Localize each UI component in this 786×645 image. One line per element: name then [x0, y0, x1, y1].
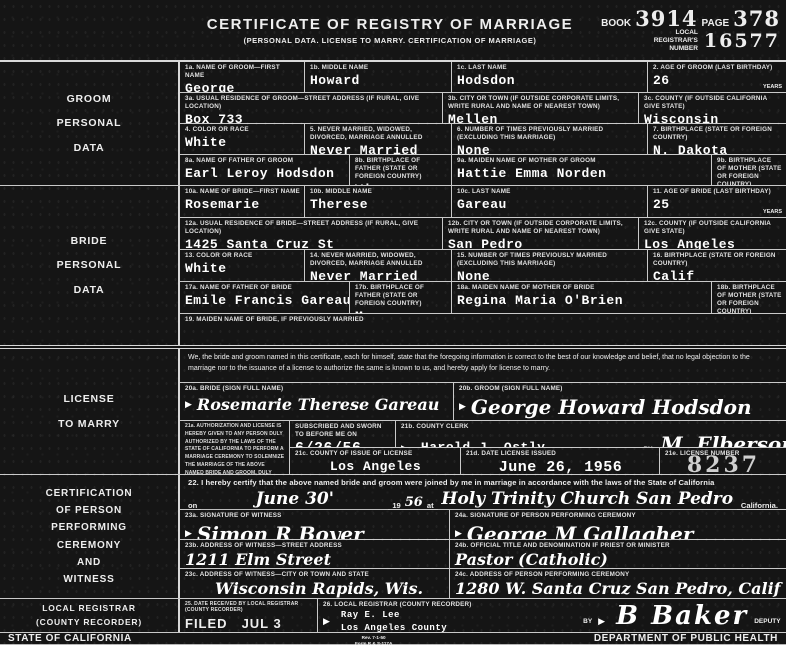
by-label: BY: [643, 446, 652, 447]
field-value: Regina Maria O'Brien: [457, 293, 707, 308]
official-title-cell: 24b. OFFICIAL TITLE AND DENOMINATION IF …: [450, 540, 786, 569]
field-label: 24b. OFFICIAL TITLE AND DENOMINATION IF …: [455, 542, 782, 550]
by-label: BY: [583, 618, 592, 625]
table-row: 17a. NAME OF FATHER OF BRIDE Emile Franc…: [180, 282, 786, 314]
pointer-arrow-icon: ▶: [185, 399, 192, 410]
field-value: June 26, 1956: [466, 459, 655, 474]
field-value: None: [457, 269, 643, 281]
bride-father-birthplace-cell: 17b. BIRTHPLACE OF FATHER (STATE OR FORE…: [350, 282, 452, 313]
field-value: San Pedro: [448, 237, 634, 249]
bride-signature-cell: 20a. BRIDE (SIGN FULL NAME) ▶ Rosemarie …: [180, 383, 454, 420]
pointer-arrow-icon: ▶: [598, 616, 605, 627]
california-label: California.: [741, 501, 778, 510]
field-label: 21c. COUNTY OF ISSUE OF LICENSE: [295, 450, 456, 458]
pointer-arrow-icon: ▶: [401, 443, 408, 447]
groom-middle-name-cell: 1b. MIDDLE NAME Howard: [305, 62, 452, 92]
field-label: 10c. LAST NAME: [457, 188, 643, 196]
groom-first-name-cell: 1a. NAME OF GROOM—FIRST NAME George: [180, 62, 305, 92]
county-clerk-cell: 21b. COUNTY CLERK ▶ Harold J. Ostly BY M…: [396, 421, 786, 447]
field-value: None: [457, 143, 643, 154]
groom-mother-cell: 9a. MAIDEN NAME OF MOTHER OF GROOM Hatti…: [452, 155, 712, 185]
field-label: 12a. USUAL RESIDENCE OF BRIDE—STREET ADD…: [185, 220, 438, 236]
license-statement: We, the bride and groom named in this ce…: [180, 349, 786, 382]
field-label: 1b. MIDDLE NAME: [310, 64, 447, 72]
field-label: 17b. BIRTHPLACE OF FATHER (STATE OR FORE…: [355, 284, 447, 308]
field-label: 12b. CITY OR TOWN (IF OUTSIDE CORPORATE …: [448, 220, 634, 236]
at-label: at: [427, 501, 434, 510]
witness-signature-cell: 23a. SIGNATURE OF WITNESS ▶ Simon R Boye…: [180, 510, 450, 539]
bride-signature: Rosemarie Therese Gareau: [197, 395, 439, 414]
field-label: 3c. COUNTY (IF OUTSIDE CALIFORNIA GIVE S…: [644, 95, 782, 111]
table-row: 25. DATE RECEIVED BY LOCAL REGISTRAR (CO…: [180, 599, 786, 632]
field-label: 15. NUMBER OF TIMES PREVIOUSLY MARRIED (…: [457, 252, 643, 268]
witness-address: 1211 Elm Street: [185, 550, 445, 569]
footer-form-revision: Rev. 7-1-50 Form R & S-117A: [355, 635, 392, 645]
ceremony-address-cell: 24c. ADDRESS OF PERSON PERFORMING CEREMO…: [450, 569, 786, 598]
marriage-date-line: June 30': [201, 489, 388, 510]
table-row: 13. COLOR OR RACE White 14. NEVER MARRIE…: [180, 250, 786, 282]
field-label: 24c. ADDRESS OF PERSON PERFORMING CEREMO…: [455, 571, 782, 579]
groom-city-cell: 3b. CITY OR TOWN (IF OUTSIDE CORPORATE L…: [443, 93, 639, 123]
witness-city-cell: 23c. ADDRESS OF WITNESS—CITY OR TOWN AND…: [180, 569, 450, 598]
registrar-county: Los Angeles County: [341, 623, 447, 632]
groom-marital-cell: 5. NEVER MARRIED, WIDOWED, DIVORCED, MAR…: [305, 124, 452, 154]
witness-signature: Simon R Boyer: [197, 522, 364, 539]
groom-signature: George Howard Hodsdon: [471, 395, 752, 419]
groom-signature-cell: 20b. GROOM (SIGN FULL NAME) ▶ George How…: [454, 383, 786, 420]
registrar-deputy-signature: B Baker: [616, 601, 748, 631]
table-row: 4. COLOR OR RACE White 5. NEVER MARRIED,…: [180, 124, 786, 155]
field-label: 16. BIRTHPLACE (STATE OR FOREIGN COUNTRY…: [653, 252, 782, 268]
bride-first-name-cell: 10a. NAME OF BRIDE—FIRST NAME Rosemarie: [180, 186, 305, 217]
license-statement-row: We, the bride and groom named in this ce…: [180, 349, 786, 383]
date-issued-cell: 21d. DATE LICENSE ISSUED June 26, 1956: [461, 448, 660, 474]
bride-section: BRIDE PERSONAL DATA 10a. NAME OF BRIDE—F…: [0, 186, 786, 349]
official-title: Pastor (Catholic): [455, 550, 782, 569]
license-details-row: 21a. AUTHORIZATION AND LICENSE IS HEREBY…: [180, 421, 786, 474]
date-received-cell: 25. DATE RECEIVED BY LOCAL REGISTRAR (CO…: [180, 599, 318, 632]
groom-birthplace-cell: 7. BIRTHPLACE (STATE OR FOREIGN COUNTRY)…: [648, 124, 786, 154]
deputy-label: DEPUTY: [754, 618, 780, 625]
book-label: BOOK: [601, 18, 631, 29]
field-value: Wisc: [355, 182, 447, 185]
field-value: Rosemarie: [185, 197, 300, 212]
table-row: 19. MAIDEN NAME OF BRIDE, IF PREVIOUSLY …: [180, 314, 786, 345]
field-label: 18a. MAIDEN NAME OF MOTHER OF BRIDE: [457, 284, 707, 292]
groom-father-birthplace-cell: 8b. BIRTHPLACE OF FATHER (STATE OR FOREI…: [350, 155, 452, 185]
field-value: Los Angeles: [644, 237, 782, 249]
field-value: Earl Leroy Hodsdon: [185, 166, 345, 181]
bride-residence-cell: 12a. USUAL RESIDENCE OF BRIDE—STREET ADD…: [180, 218, 443, 249]
field-label: 5. NEVER MARRIED, WIDOWED, DIVORCED, MAR…: [310, 126, 447, 142]
field-value: Hattie Emma Norden: [457, 166, 707, 181]
field-unit: YEARS: [763, 209, 782, 215]
table-row: 23a. SIGNATURE OF WITNESS ▶ Simon R Boye…: [180, 510, 786, 540]
groom-times-married-cell: 6. NUMBER OF TIMES PREVIOUSLY MARRIED (E…: [452, 124, 648, 154]
field-unit: YEARS: [763, 84, 782, 90]
field-label: 13. COLOR OR RACE: [185, 252, 300, 260]
table-row: 23c. ADDRESS OF WITNESS—CITY OR TOWN AND…: [180, 569, 786, 598]
groom-section: GROOM PERSONAL DATA 1a. NAME OF GROOM—FI…: [0, 62, 786, 186]
signature-row: 20a. BRIDE (SIGN FULL NAME) ▶ Rosemarie …: [180, 383, 786, 421]
ceremony-address: 1280 W. Santa Cruz San Pedro, Calif: [455, 579, 782, 598]
sidebar-registrar-label: LOCAL REGISTRAR (COUNTY RECORDER): [0, 599, 178, 632]
bride-marital-cell: 14. NEVER MARRIED, WIDOWED, DIVORCED, MA…: [305, 250, 452, 281]
witness-city: Wisconsin Rapids, Wis.: [215, 579, 445, 598]
on-label: on: [188, 501, 197, 510]
field-label: 18b. BIRTHPLACE OF MOTHER (STATE OR FORE…: [717, 284, 782, 313]
field-label: 2. AGE OF GROOM (LAST BIRTHDAY): [653, 64, 782, 72]
page-number: 378: [733, 6, 780, 31]
filed-stamp: FILED: [185, 616, 228, 631]
pointer-arrow-icon: ▶: [459, 401, 466, 412]
table-row: 10a. NAME OF BRIDE—FIRST NAME Rosemarie …: [180, 186, 786, 218]
field-label: 3a. USUAL RESIDENCE OF GROOM—STREET ADDR…: [185, 95, 438, 111]
year-printed: 19: [392, 501, 400, 510]
bride-mother-cell: 18a. MAIDEN NAME OF MOTHER OF BRIDE Regi…: [452, 282, 712, 313]
field-label: 24a. SIGNATURE OF PERSON PERFORMING CERE…: [455, 512, 782, 520]
field-label: 8b. BIRTHPLACE OF FATHER (STATE OR FOREI…: [355, 157, 447, 181]
table-row: 1a. NAME OF GROOM—FIRST NAME George 1b. …: [180, 62, 786, 93]
year-written: 56: [405, 495, 423, 510]
bride-middle-name-cell: 10b. MIDDLE NAME Therese: [305, 186, 452, 217]
field-label: 21d. DATE LICENSE ISSUED: [466, 450, 655, 458]
field-value: Mass: [355, 309, 447, 313]
field-value: Mellen: [448, 112, 634, 123]
field-label: 1a. NAME OF GROOM—FIRST NAME: [185, 64, 300, 80]
license-number-cell: 21e. LICENSE NUMBER 8237: [660, 448, 786, 474]
pointer-arrow-icon: ▶: [185, 528, 192, 538]
bride-times-married-cell: 15. NUMBER OF TIMES PREVIOUSLY MARRIED (…: [452, 250, 648, 281]
field-label: 19. MAIDEN NAME OF BRIDE, IF PREVIOUSLY …: [185, 316, 782, 324]
field-label: 23b. ADDRESS OF WITNESS—STREET ADDRESS: [185, 542, 445, 550]
ceremony-signature: George M Gallagher: [467, 522, 693, 539]
registrar-number: 16577: [704, 30, 780, 52]
bride-city-cell: 12b. CITY OR TOWN (IF OUTSIDE CORPORATE …: [443, 218, 639, 249]
footer-state: STATE OF CALIFORNIA: [0, 633, 132, 644]
sworn-date: 6/26/56: [295, 440, 391, 447]
groom-race-cell: 4. COLOR OR RACE White: [180, 124, 305, 154]
bride-father-cell: 17a. NAME OF FATHER OF BRIDE Emile Franc…: [180, 282, 350, 313]
field-value: White: [185, 135, 300, 150]
footer-strip: STATE OF CALIFORNIA Rev. 7-1-50 Form R &…: [0, 633, 786, 645]
groom-county-cell: 3c. COUNTY (IF OUTSIDE CALIFORNIA GIVE S…: [639, 93, 786, 123]
pointer-arrow-icon: ▶: [323, 616, 330, 627]
book-page-block: BOOK 3914 PAGE 378 LOCAL REGISTRAR'S NUM…: [601, 6, 780, 53]
field-label: 25. DATE RECEIVED BY LOCAL REGISTRAR (CO…: [185, 601, 313, 614]
field-value: Therese: [310, 197, 447, 212]
field-value: Calif: [653, 269, 782, 281]
registrar-name: Ray E. Lee: [341, 610, 447, 622]
field-label: 10b. MIDDLE NAME: [310, 188, 447, 196]
field-value: Wisconsin: [644, 112, 782, 123]
field-value: Emile Francis Gareau: [185, 293, 345, 308]
pointer-arrow-icon: ▶: [455, 528, 462, 538]
sworn-date-cell: SUBSCRIBED AND SWORN TO BEFORE ME ON 6/2…: [290, 421, 396, 447]
field-label: 3b. CITY OR TOWN (IF OUTSIDE CORPORATE L…: [448, 95, 634, 111]
field-label: 1c. LAST NAME: [457, 64, 643, 72]
bride-age-cell: 11. AGE OF BRIDE (LAST BIRTHDAY) 25 YEAR…: [648, 186, 786, 217]
date-received-stamp: JUL 3 1956: [242, 616, 313, 633]
field-label: 9b. BIRTHPLACE OF MOTHER (STATE OR FOREI…: [717, 157, 782, 185]
field-label: 21b. COUNTY CLERK: [401, 423, 782, 431]
bride-county-cell: 12c. COUNTY (IF OUTSIDE CALIFORNIA GIVE …: [639, 218, 786, 249]
witness-address-cell: 23b. ADDRESS OF WITNESS—STREET ADDRESS 1…: [180, 540, 450, 569]
field-label: 23c. ADDRESS OF WITNESS—CITY OR TOWN AND…: [185, 571, 445, 579]
sidebar-certification-label: CERTIFICATION OF PERSON PERFORMING CEREM…: [0, 475, 178, 598]
authorization-cell: 21a. AUTHORIZATION AND LICENSE IS HEREBY…: [180, 421, 290, 474]
field-value: Never Married: [310, 269, 447, 281]
field-label: 14. NEVER MARRIED, WIDOWED, DIVORCED, MA…: [310, 252, 447, 268]
registrar-number-label: LOCAL REGISTRAR'S NUMBER: [654, 29, 698, 53]
field-value: Los Angeles: [295, 459, 456, 474]
certificate-document: CERTIFICATE OF REGISTRY OF MARRIAGE (PER…: [0, 0, 786, 645]
bride-race-cell: 13. COLOR OR RACE White: [180, 250, 305, 281]
document-subtitle: (PERSONAL DATA. LICENSE TO MARRY. CERTIF…: [150, 36, 630, 45]
book-number: 3914: [635, 6, 697, 31]
field-value: Never Married: [310, 143, 447, 154]
sidebar-groom-label: GROOM PERSONAL DATA: [0, 62, 178, 185]
bride-mother-birthplace-cell: 18b. BIRTHPLACE OF MOTHER (STATE OR FORE…: [712, 282, 786, 313]
footer-department: DEPARTMENT OF PUBLIC HEALTH: [594, 633, 778, 644]
authorization-text: 21a. AUTHORIZATION AND LICENSE IS HEREBY…: [185, 423, 285, 474]
marriage-date: June 30': [256, 489, 334, 509]
field-value: George: [185, 81, 300, 92]
sidebar-bride-label: BRIDE PERSONAL DATA: [0, 186, 178, 345]
field-label: 7. BIRTHPLACE (STATE OR FOREIGN COUNTRY): [653, 126, 782, 142]
field-label: 6. NUMBER OF TIMES PREVIOUSLY MARRIED (E…: [457, 126, 643, 142]
field-label: 11. AGE OF BRIDE (LAST BIRTHDAY): [653, 188, 782, 196]
county-issue-cell: 21c. COUNTY OF ISSUE OF LICENSE Los Ange…: [290, 448, 461, 474]
field-label: 8a. NAME OF FATHER OF GROOM: [185, 157, 345, 165]
groom-age-cell: 2. AGE OF GROOM (LAST BIRTHDAY) 26 YEARS: [648, 62, 786, 92]
field-label: 20b. GROOM (SIGN FULL NAME): [459, 385, 782, 393]
table-row: 8a. NAME OF FATHER OF GROOM Earl Leroy H…: [180, 155, 786, 185]
field-value: Howard: [310, 73, 447, 88]
field-label: 12c. COUNTY (IF OUTSIDE CALIFORNIA GIVE …: [644, 220, 782, 236]
title-block: CERTIFICATE OF REGISTRY OF MARRIAGE (PER…: [150, 16, 630, 45]
field-label: 10a. NAME OF BRIDE—FIRST NAME: [185, 188, 300, 196]
deputy-signature: M. Elberson: [660, 432, 786, 447]
field-label: 23a. SIGNATURE OF WITNESS: [185, 512, 445, 520]
certificate-form: GROOM PERSONAL DATA 1a. NAME OF GROOM—FI…: [0, 60, 786, 645]
ceremony-signature-cell: 24a. SIGNATURE OF PERSON PERFORMING CERE…: [450, 510, 786, 539]
field-label: 17a. NAME OF FATHER OF BRIDE: [185, 284, 345, 292]
field-value: White: [185, 261, 300, 276]
field-label: 20a. BRIDE (SIGN FULL NAME): [185, 385, 449, 393]
groom-father-cell: 8a. NAME OF FATHER OF GROOM Earl Leroy H…: [180, 155, 350, 185]
bride-birthplace-cell: 16. BIRTHPLACE (STATE OR FOREIGN COUNTRY…: [648, 250, 786, 281]
field-value: Hodsdon: [457, 73, 643, 88]
table-row: 12a. USUAL RESIDENCE OF BRIDE—STREET ADD…: [180, 218, 786, 250]
registrar-section: LOCAL REGISTRAR (COUNTY RECORDER) 25. DA…: [0, 599, 786, 633]
table-row: 23b. ADDRESS OF WITNESS—STREET ADDRESS 1…: [180, 540, 786, 570]
marriage-place-line: Holy Trinity Church San Pedro: [438, 489, 737, 510]
groom-mother-birthplace-cell: 9b. BIRTHPLACE OF MOTHER (STATE OR FOREI…: [712, 155, 786, 185]
field-value: Box 733: [185, 112, 438, 123]
field-label: SUBSCRIBED AND SWORN TO BEFORE ME ON: [295, 423, 391, 439]
certification-statement-row: 22. I hereby certify that the above name…: [180, 475, 786, 510]
county-clerk-name: Harold J. Ostly: [421, 440, 546, 447]
document-header: CERTIFICATE OF REGISTRY OF MARRIAGE (PER…: [0, 0, 786, 60]
field-label: 9a. MAIDEN NAME OF MOTHER OF GROOM: [457, 157, 707, 165]
local-registrar-cell: 26. LOCAL REGISTRAR (COUNTY RECORDER) ▶ …: [318, 599, 786, 632]
groom-last-name-cell: 1c. LAST NAME Hodsdon: [452, 62, 648, 92]
document-title: CERTIFICATE OF REGISTRY OF MARRIAGE: [150, 16, 630, 33]
marriage-place: Holy Trinity Church San Pedro: [441, 489, 733, 509]
field-value: 1425 Santa Cruz St: [185, 237, 438, 249]
bride-last-name-cell: 10c. LAST NAME Gareau: [452, 186, 648, 217]
license-section: LICENSE TO MARRY We, the bride and groom…: [0, 349, 786, 475]
table-row: 3a. USUAL RESIDENCE OF GROOM—STREET ADDR…: [180, 93, 786, 124]
bride-maiden-name-cell: 19. MAIDEN NAME OF BRIDE, IF PREVIOUSLY …: [180, 314, 786, 345]
field-value: N. Dakota: [653, 143, 782, 154]
page-label: PAGE: [702, 18, 730, 29]
certification-section: CERTIFICATION OF PERSON PERFORMING CEREM…: [0, 475, 786, 599]
certification-statement: 22. I hereby certify that the above name…: [188, 478, 778, 487]
groom-residence-cell: 3a. USUAL RESIDENCE OF GROOM—STREET ADDR…: [180, 93, 443, 123]
field-value: Gareau: [457, 197, 643, 212]
field-label: 4. COLOR OR RACE: [185, 126, 300, 134]
sidebar-license-label: LICENSE TO MARRY: [0, 349, 178, 474]
